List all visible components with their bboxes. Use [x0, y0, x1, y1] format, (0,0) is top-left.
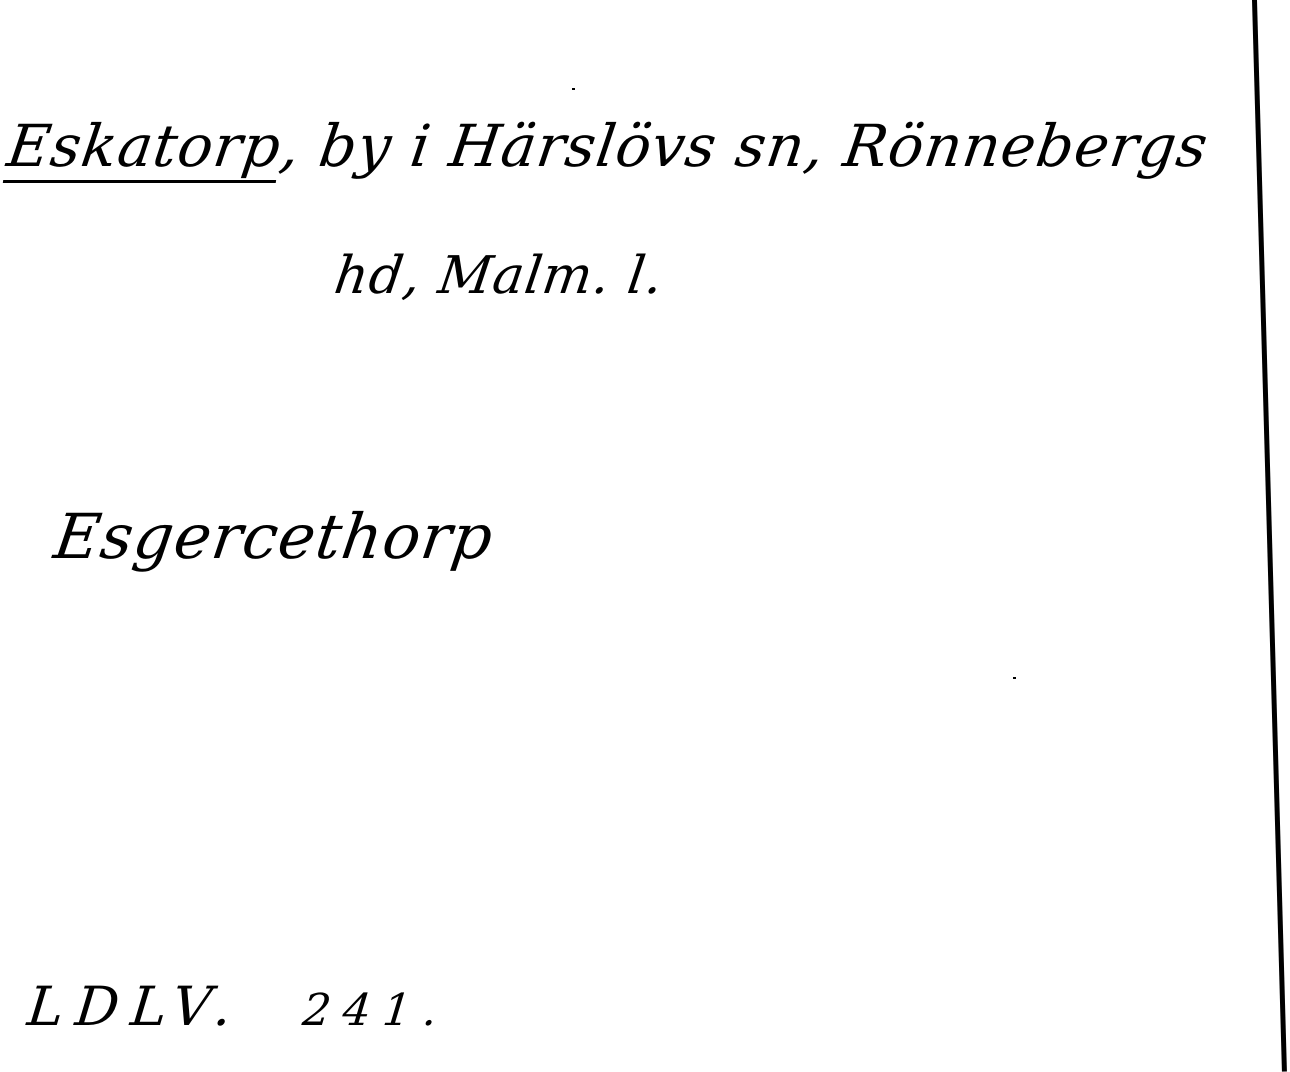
historical-name-form: Esgercethorp — [50, 500, 498, 573]
place-description: , by i Härslövs sn, Rönnebergs — [276, 112, 1213, 180]
source-reference: LDLV.241. — [25, 975, 453, 1038]
headword: Eskatorp — [3, 112, 285, 180]
card-edge-rule — [1252, 0, 1287, 1072]
entry-line-place-description: Eskatorp, by i Härslövs sn, Rönnebergs — [3, 112, 1212, 180]
ink-speck — [572, 88, 575, 90]
source-page-number: 241. — [300, 985, 451, 1036]
entry-line-district: hd, Malm. l. — [331, 246, 668, 306]
source-abbreviation: LDLV. — [25, 975, 247, 1038]
ink-speck — [1013, 677, 1016, 679]
index-card: Eskatorp, by i Härslövs sn, Rönnebergs h… — [0, 0, 1290, 1072]
